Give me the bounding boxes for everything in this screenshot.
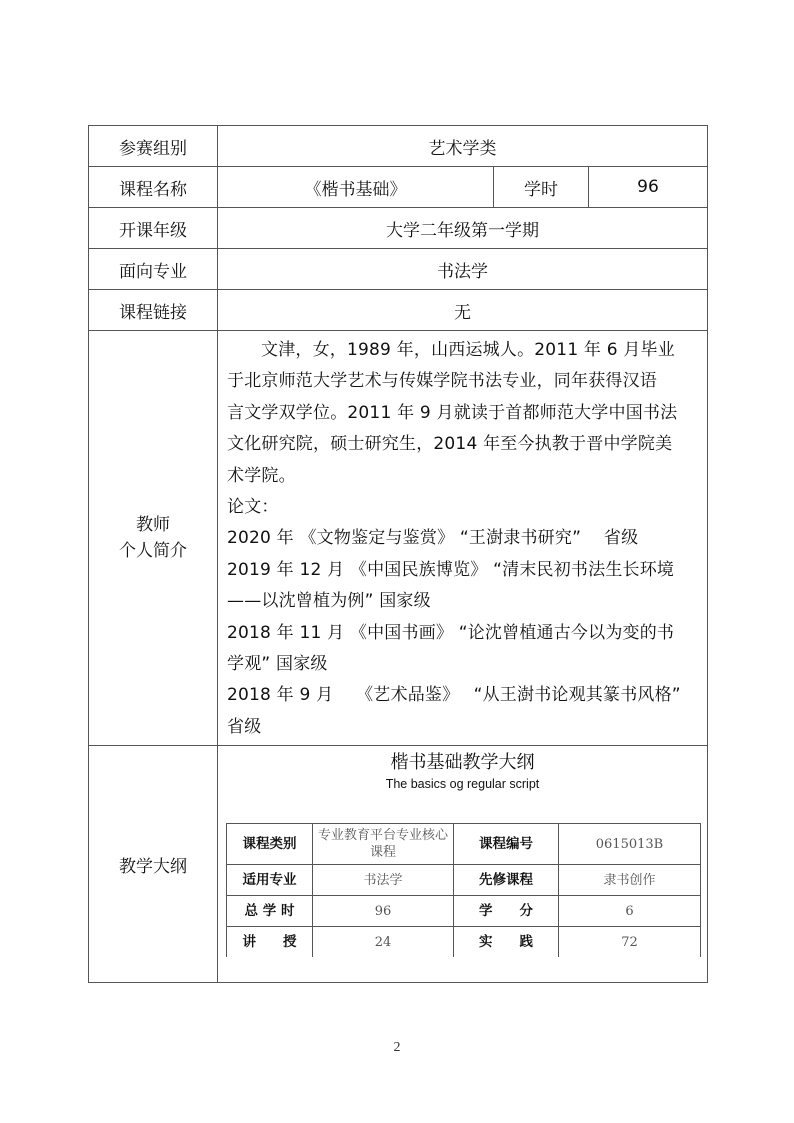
label-syllabus: 教学大纲 <box>89 746 218 983</box>
row-competition-group: 参赛组别 艺术学类 <box>89 126 708 167</box>
row-syllabus: 教学大纲 楷书基础教学大纲 The basics og regular scri… <box>89 746 708 983</box>
syllabus-cell-label: 总 学 时 <box>227 896 313 927</box>
syllabus-cell-value: 72 <box>559 927 701 958</box>
label-major: 面向专业 <box>89 249 218 290</box>
bio-line: 术学院。 <box>227 461 699 492</box>
label-teacher-bio: 教师 个人简介 <box>89 331 218 746</box>
syllabus-row: 讲 授 24 实 践 72 <box>227 927 701 958</box>
bio-line: 于北京师范大学艺术与传媒学院书法专业，同年获得汉语 <box>227 366 699 397</box>
syllabus-cell-value: 专业教育平台专业核心课程 <box>313 824 454 865</box>
label-competition-group: 参赛组别 <box>89 126 218 167</box>
syllabus-cell-label: 讲 授 <box>227 927 313 958</box>
paper-entry: 2018 年 9 月 《艺术品鉴》 “从王澍书论观其篆书风格” <box>227 680 699 711</box>
syllabus-cell-value: 6 <box>559 896 701 927</box>
row-teacher-bio: 教师 个人简介 文津，女，1989 年，山西运城人。2011 年 6 月毕业 于… <box>89 331 708 746</box>
row-course-link: 课程链接 无 <box>89 290 708 331</box>
value-course-name: 《楷书基础》 <box>218 167 494 208</box>
value-grade: 大学二年级第一学期 <box>218 208 708 249</box>
bio-line: 文津，女，1989 年，山西运城人。2011 年 6 月毕业 <box>227 335 699 366</box>
paper-entry: ——以沈曾植为例” 国家级 <box>227 586 699 617</box>
label-teacher-bio-line2: 个人简介 <box>89 538 217 564</box>
course-info-table: 参赛组别 艺术学类 课程名称 《楷书基础》 学时 96 开课年级 大学二年级第一… <box>88 125 708 983</box>
label-class-hours: 学时 <box>494 167 589 208</box>
syllabus-cell-value: 24 <box>313 927 454 958</box>
value-course-link: 无 <box>218 290 708 331</box>
value-competition-group: 艺术学类 <box>218 126 708 167</box>
bio-line: 言文学双学位。2011 年 9 月就读于首都师范大学中国书法 <box>227 398 699 429</box>
row-major: 面向专业 书法学 <box>89 249 708 290</box>
syllabus-info-table: 课程类别 专业教育平台专业核心课程 课程编号 0615013B 适用专业 书法学… <box>226 823 701 957</box>
syllabus-cell-value: 隶书创作 <box>559 865 701 896</box>
value-class-hours: 96 <box>589 167 708 208</box>
syllabus-subtitle: The basics og regular script <box>218 775 707 793</box>
paper-entry: 省级 <box>227 712 699 743</box>
label-course-link: 课程链接 <box>89 290 218 331</box>
syllabus-row: 适用专业 书法学 先修课程 隶书创作 <box>227 865 701 896</box>
syllabus-title: 楷书基础教学大纲 <box>218 751 707 775</box>
page-number: 2 <box>0 1040 794 1056</box>
paper-entry: 学观” 国家级 <box>227 649 699 680</box>
row-grade: 开课年级 大学二年级第一学期 <box>89 208 708 249</box>
syllabus-cell-label: 学 分 <box>454 896 559 927</box>
syllabus-cell-label: 课程类别 <box>227 824 313 865</box>
syllabus-row: 课程类别 专业教育平台专业核心课程 课程编号 0615013B <box>227 824 701 865</box>
syllabus-cell-label: 先修课程 <box>454 865 559 896</box>
syllabus-cell-value: 0615013B <box>559 824 701 865</box>
papers-heading: 论文： <box>227 492 699 523</box>
label-grade: 开课年级 <box>89 208 218 249</box>
label-course-name: 课程名称 <box>89 167 218 208</box>
syllabus-cell-label: 适用专业 <box>227 865 313 896</box>
teacher-bio-content: 文津，女，1989 年，山西运城人。2011 年 6 月毕业 于北京师范大学艺术… <box>218 331 708 746</box>
value-major: 书法学 <box>218 249 708 290</box>
syllabus-cell-value: 书法学 <box>313 865 454 896</box>
syllabus-content: 楷书基础教学大纲 The basics og regular script 课程… <box>218 746 708 983</box>
syllabus-cell-value: 96 <box>313 896 454 927</box>
bio-line: 文化研究院，硕士研究生，2014 年至今执教于晋中学院美 <box>227 429 699 460</box>
row-course-name: 课程名称 《楷书基础》 学时 96 <box>89 167 708 208</box>
paper-entry: 2020 年 《文物鉴定与鉴赏》 “王澍隶书研究” 省级 <box>227 523 699 554</box>
syllabus-row: 总 学 时 96 学 分 6 <box>227 896 701 927</box>
paper-entry: 2018 年 11 月 《中国书画》 “论沈曾植通古今以为变的书 <box>227 618 699 649</box>
syllabus-cell-label: 实 践 <box>454 927 559 958</box>
paper-entry: 2019 年 12 月 《中国民族博览》 “清末民初书法生长环境 <box>227 555 699 586</box>
label-teacher-bio-line1: 教师 <box>89 512 217 538</box>
syllabus-cell-label: 课程编号 <box>454 824 559 865</box>
